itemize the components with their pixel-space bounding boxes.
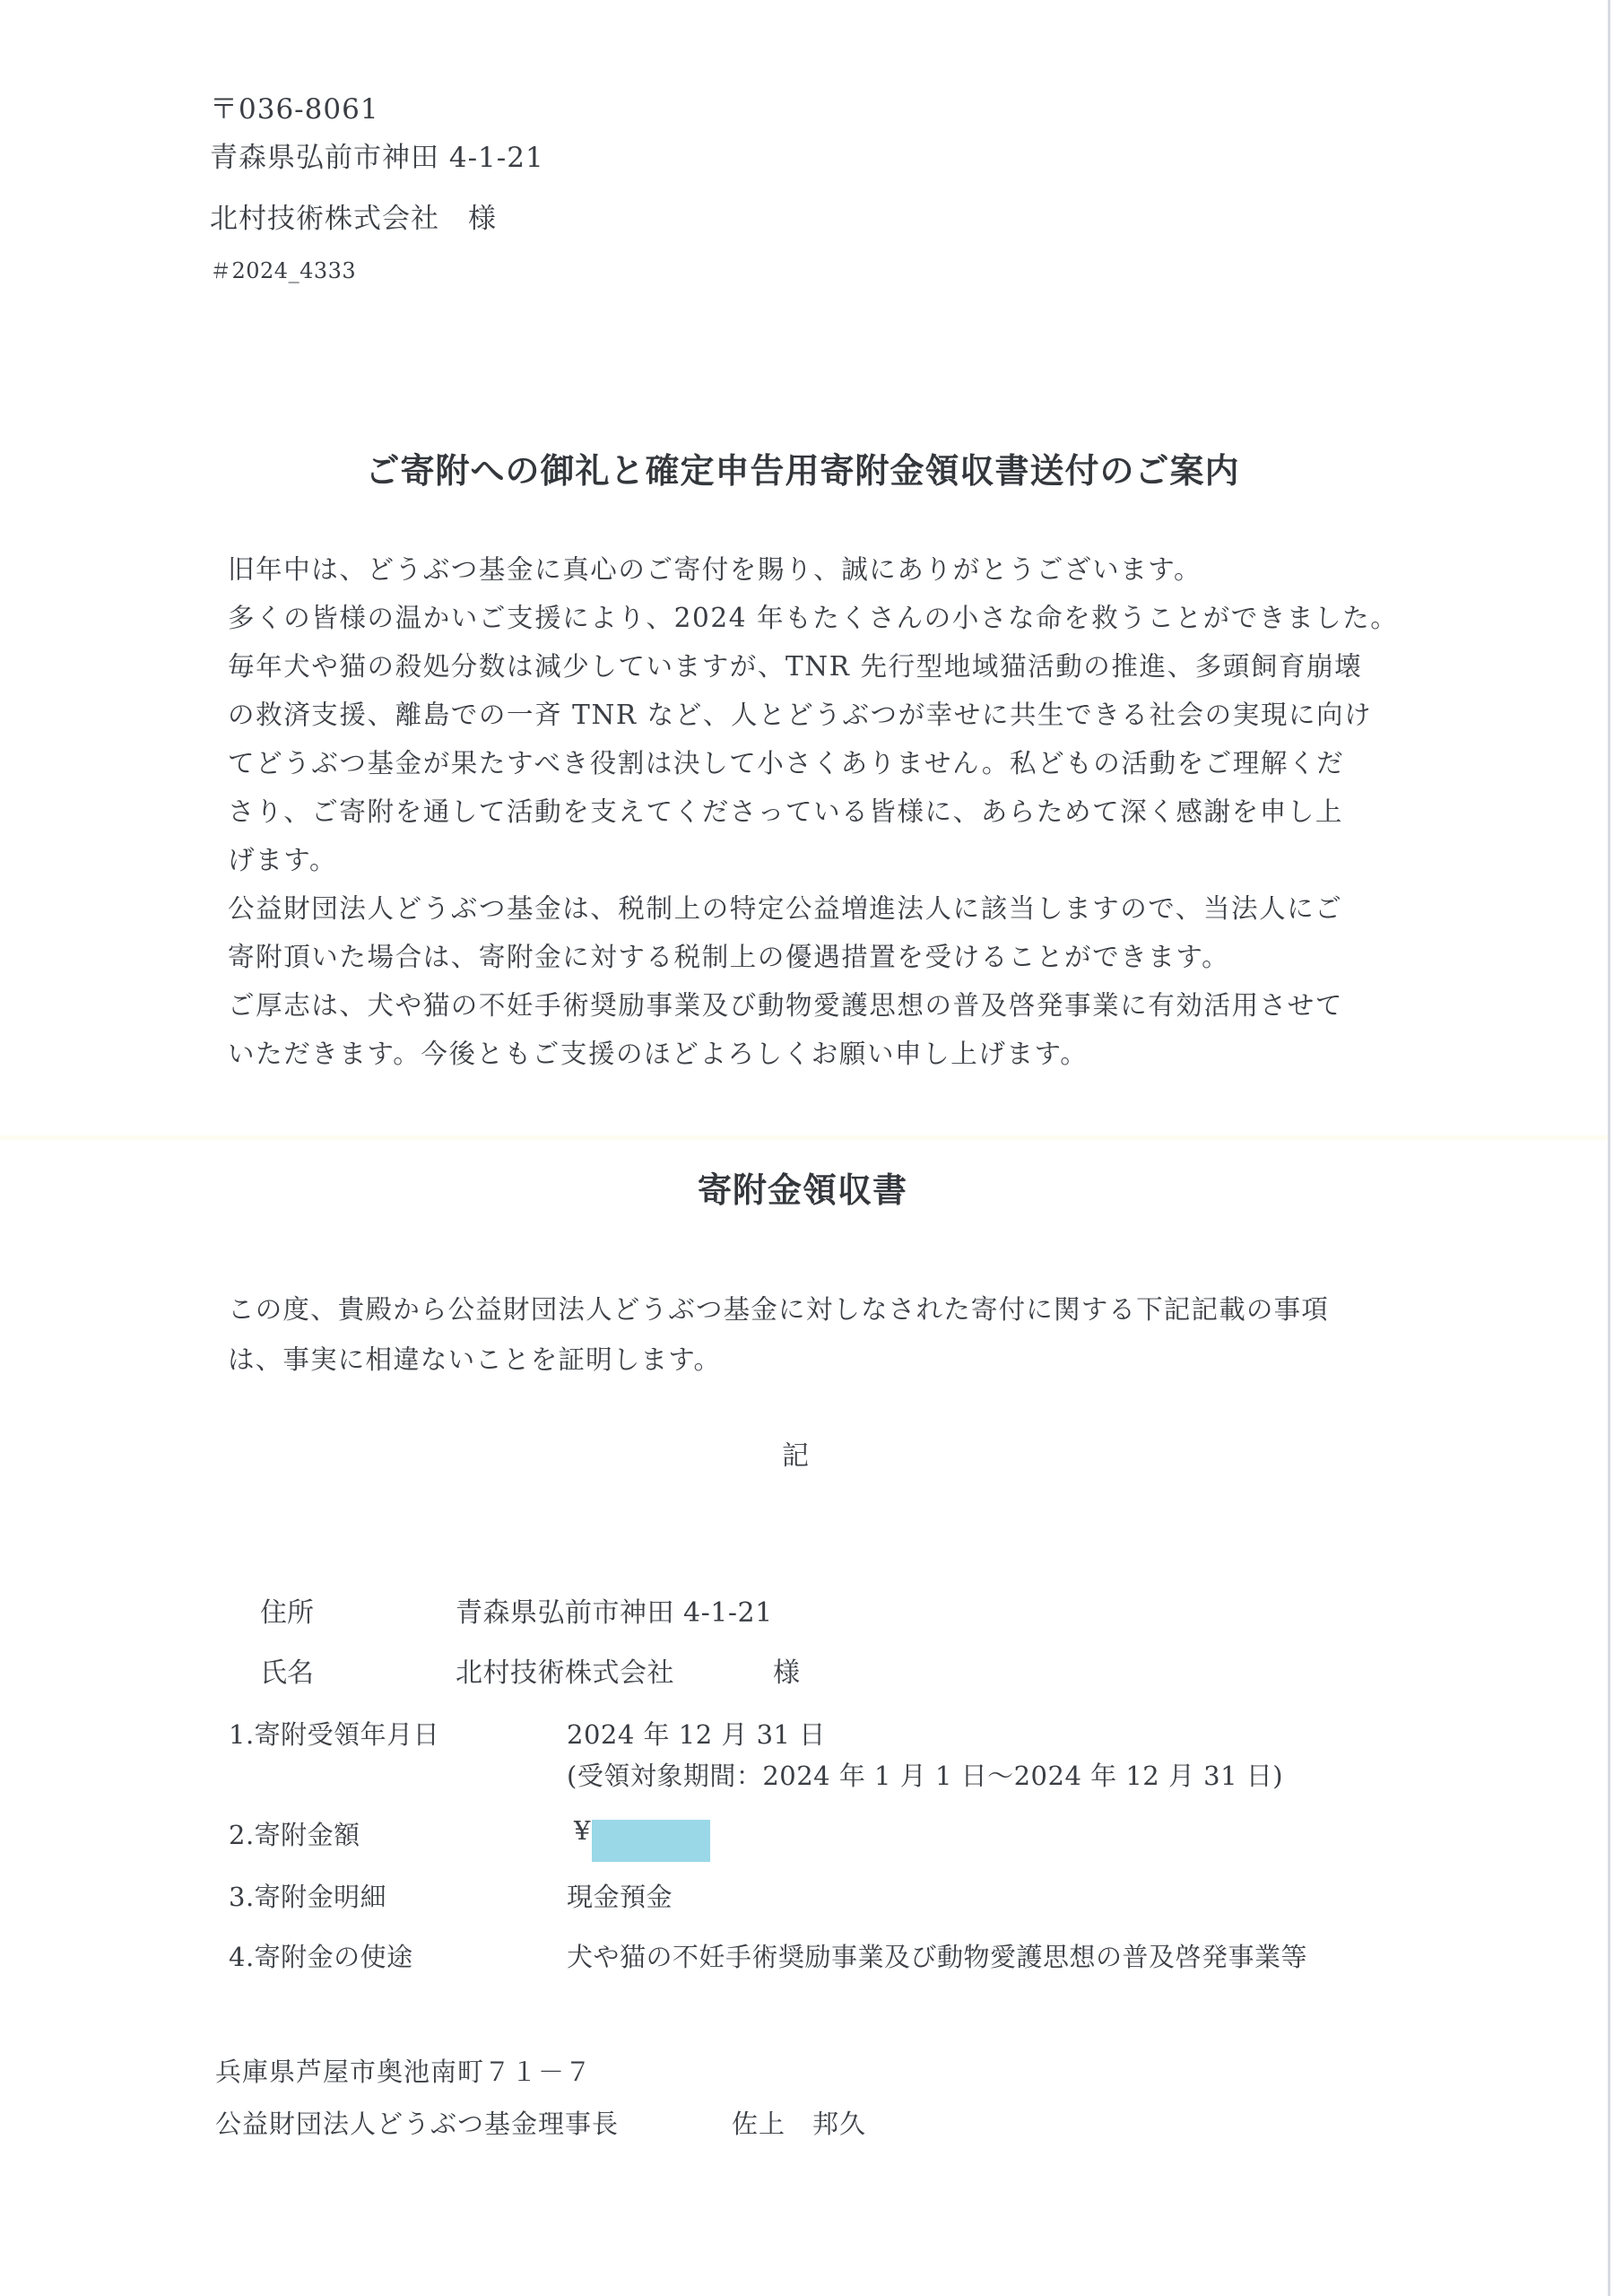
item-label-receipt-date: 1.寄附受領年月日	[229, 1715, 439, 1752]
recipient-address: 青森県弘前市神田 4-1-21	[210, 135, 544, 175]
certification-text: この度、貴殿から公益財団法人どうぶつ基金に対しなされた寄付に関する下記記載の事項…	[228, 1284, 1402, 1385]
issuer-title: 公益財団法人どうぶつ基金理事長	[215, 2104, 619, 2141]
item-value-amount-yen: ¥	[574, 1815, 591, 1846]
issuer-name: 佐上 邦久	[732, 2104, 866, 2141]
item-value-usage: 犬や猫の不妊手術奨励事業及び動物愛護思想の普及啓発事業等	[567, 1937, 1307, 1974]
address-label: 住所	[260, 1590, 314, 1630]
letter-body: 旧年中は、どうぶつ基金に真心のご寄付を賜り、誠にありがとうございます。 多くの皆…	[228, 545, 1402, 1078]
item-value-detail: 現金預金	[567, 1877, 673, 1914]
name-honorific: 様	[773, 1650, 801, 1690]
certification-line: は、事実に相違ないことを証明します。	[228, 1335, 1402, 1385]
letter-line: 多くの皆様の温かいご支援により、2024 年もたくさんの小さな命を救うことができ…	[228, 594, 1402, 642]
page-edge-line	[1608, 0, 1610, 2296]
fold-line	[0, 1135, 1608, 1140]
letter-line: 寄附頂いた場合は、寄附金に対する税制上の優遇措置を受けることができます。	[228, 933, 1402, 981]
receipt-title: 寄附金領収書	[0, 1162, 1605, 1212]
letter-title: ご寄附への御礼と確定申告用寄附金領収書送付のご案内	[0, 443, 1605, 492]
letter-line: 旧年中は、どうぶつ基金に真心のご寄付を賜り、誠にありがとうございます。	[228, 545, 1402, 594]
item-label-amount: 2.寄附金額	[229, 1815, 360, 1852]
redacted-amount	[592, 1820, 710, 1862]
ki-marker: 記	[782, 1433, 809, 1473]
issuer-address: 兵庫県芦屋市奥池南町７１－７	[215, 2052, 592, 2089]
letter-line: ご厚志は、犬や猫の不妊手術奨励事業及び動物愛護思想の普及啓発事業に有効活用させて	[228, 981, 1402, 1030]
certification-line: この度、貴殿から公益財団法人どうぶつ基金に対しなされた寄付に関する下記記載の事項	[228, 1284, 1402, 1335]
item-label-usage: 4.寄附金の使途	[229, 1937, 413, 1974]
address-value: 青森県弘前市神田 4-1-21	[456, 1590, 773, 1630]
recipient-name: 北村技術株式会社 様	[210, 196, 497, 236]
letter-line: さり、ご寄附を通して活動を支えてくださっている皆様に、あらためて深く感謝を申し上	[228, 787, 1402, 836]
letter-line: いただきます。今後ともご支援のほどよろしくお願い申し上げます。	[228, 1030, 1402, 1078]
item-value-receipt-date: 2024 年 12 月 31 日	[567, 1715, 826, 1752]
name-label: 氏名	[260, 1650, 314, 1690]
letter-line: 毎年犬や猫の殺処分数は減少していますが、TNR 先行型地域猫活動の推進、多頭飼育…	[228, 642, 1402, 691]
letter-line: 公益財団法人どうぶつ基金は、税制上の特定公益増進法人に該当しますので、当法人にご	[228, 884, 1402, 933]
letter-line: の救済支援、離島での一斉 TNR など、人とどうぶつが幸せに共生できる社会の実現…	[228, 691, 1402, 739]
postal-code: 〒036-8061	[210, 86, 379, 126]
item-subvalue-receipt-period: (受領対象期間：2024 年 1 月 1 日～2024 年 12 月 31 日)	[567, 1756, 1283, 1793]
reference-number: ＃2024_4333	[210, 253, 356, 284]
name-value: 北村技術株式会社	[456, 1650, 674, 1690]
item-label-detail: 3.寄附金明細	[229, 1877, 386, 1914]
letter-line: てどうぶつ基金が果たすべき役割は決して小さくありません。私どもの活動をご理解くだ	[228, 739, 1402, 787]
letter-line: げます。	[228, 836, 1402, 884]
